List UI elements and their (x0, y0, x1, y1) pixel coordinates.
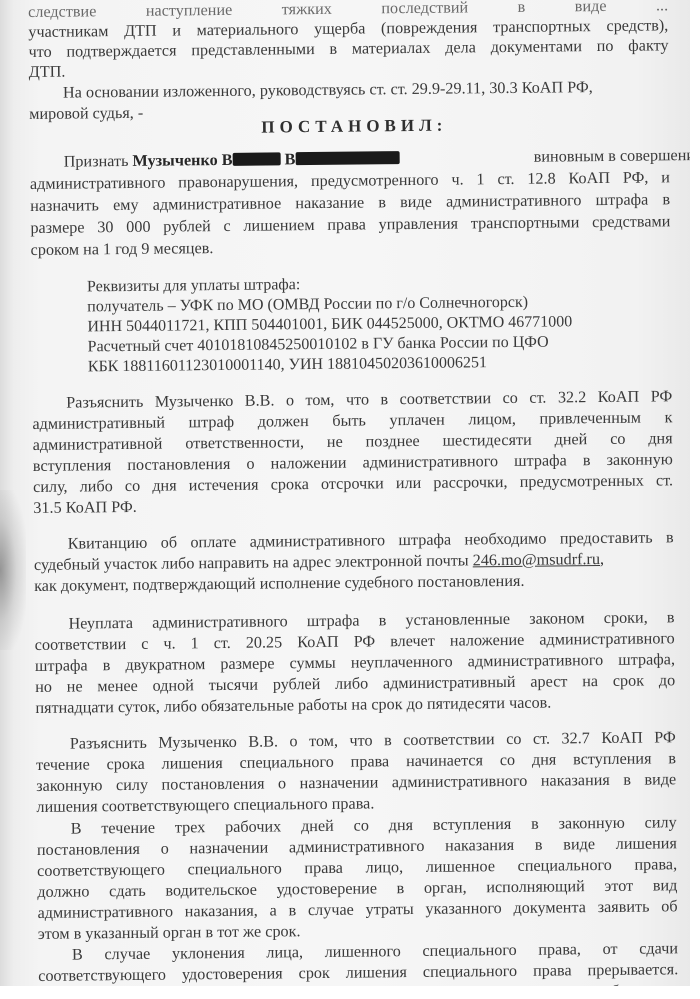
defendant-name: Музыченко (132, 151, 217, 170)
redaction-bar (232, 152, 280, 166)
three-days-line: этом в указанный орган в тот же срок. (38, 921, 301, 944)
receipt-text: судебный участок либо направить на адрес… (34, 551, 469, 574)
non-payment-line: пятнадцати суток, либо обязательные рабо… (35, 693, 551, 718)
defendant-initial: В (284, 150, 295, 168)
ruling-line: сроком на 1 год 9 месяцев. (31, 238, 214, 260)
ruling-prefix: Признать (64, 152, 129, 171)
defendant-initial: В (222, 151, 233, 169)
ruling-line: размере 30 000 рублей с лишением права у… (30, 211, 670, 238)
payment-title: Реквизиты для уплаты штрафа: (87, 275, 300, 297)
ruling-guilty-text: виновным в совершении (534, 145, 690, 167)
receipt-line: как документ, подтверждающий исполнение … (34, 571, 525, 596)
para-32-7-line: лишения соответствующего специального пр… (36, 793, 374, 817)
text-line: ДТП. (29, 62, 66, 82)
redaction-bar (295, 151, 399, 165)
ruling-heading: ПОСТАНОВИЛ: (261, 116, 447, 138)
basis-line: На основании изложенного, руководствуясь… (29, 77, 593, 103)
page-margin (0, 986, 700, 999)
court-email-link[interactable]: 246.mo@msudrf.ru (473, 550, 600, 569)
scanned-page: следствие наступление тяжких последствий… (0, 0, 690, 986)
para-32-2-line: 31.5 КоАП РФ. (33, 497, 137, 518)
payment-line: КБК 18811601123010001140, УИН 1881045020… (88, 353, 487, 377)
basis-line: мировой судья, - (29, 103, 143, 124)
scan-shadow (0, 490, 26, 650)
punctuation: , (600, 550, 604, 568)
